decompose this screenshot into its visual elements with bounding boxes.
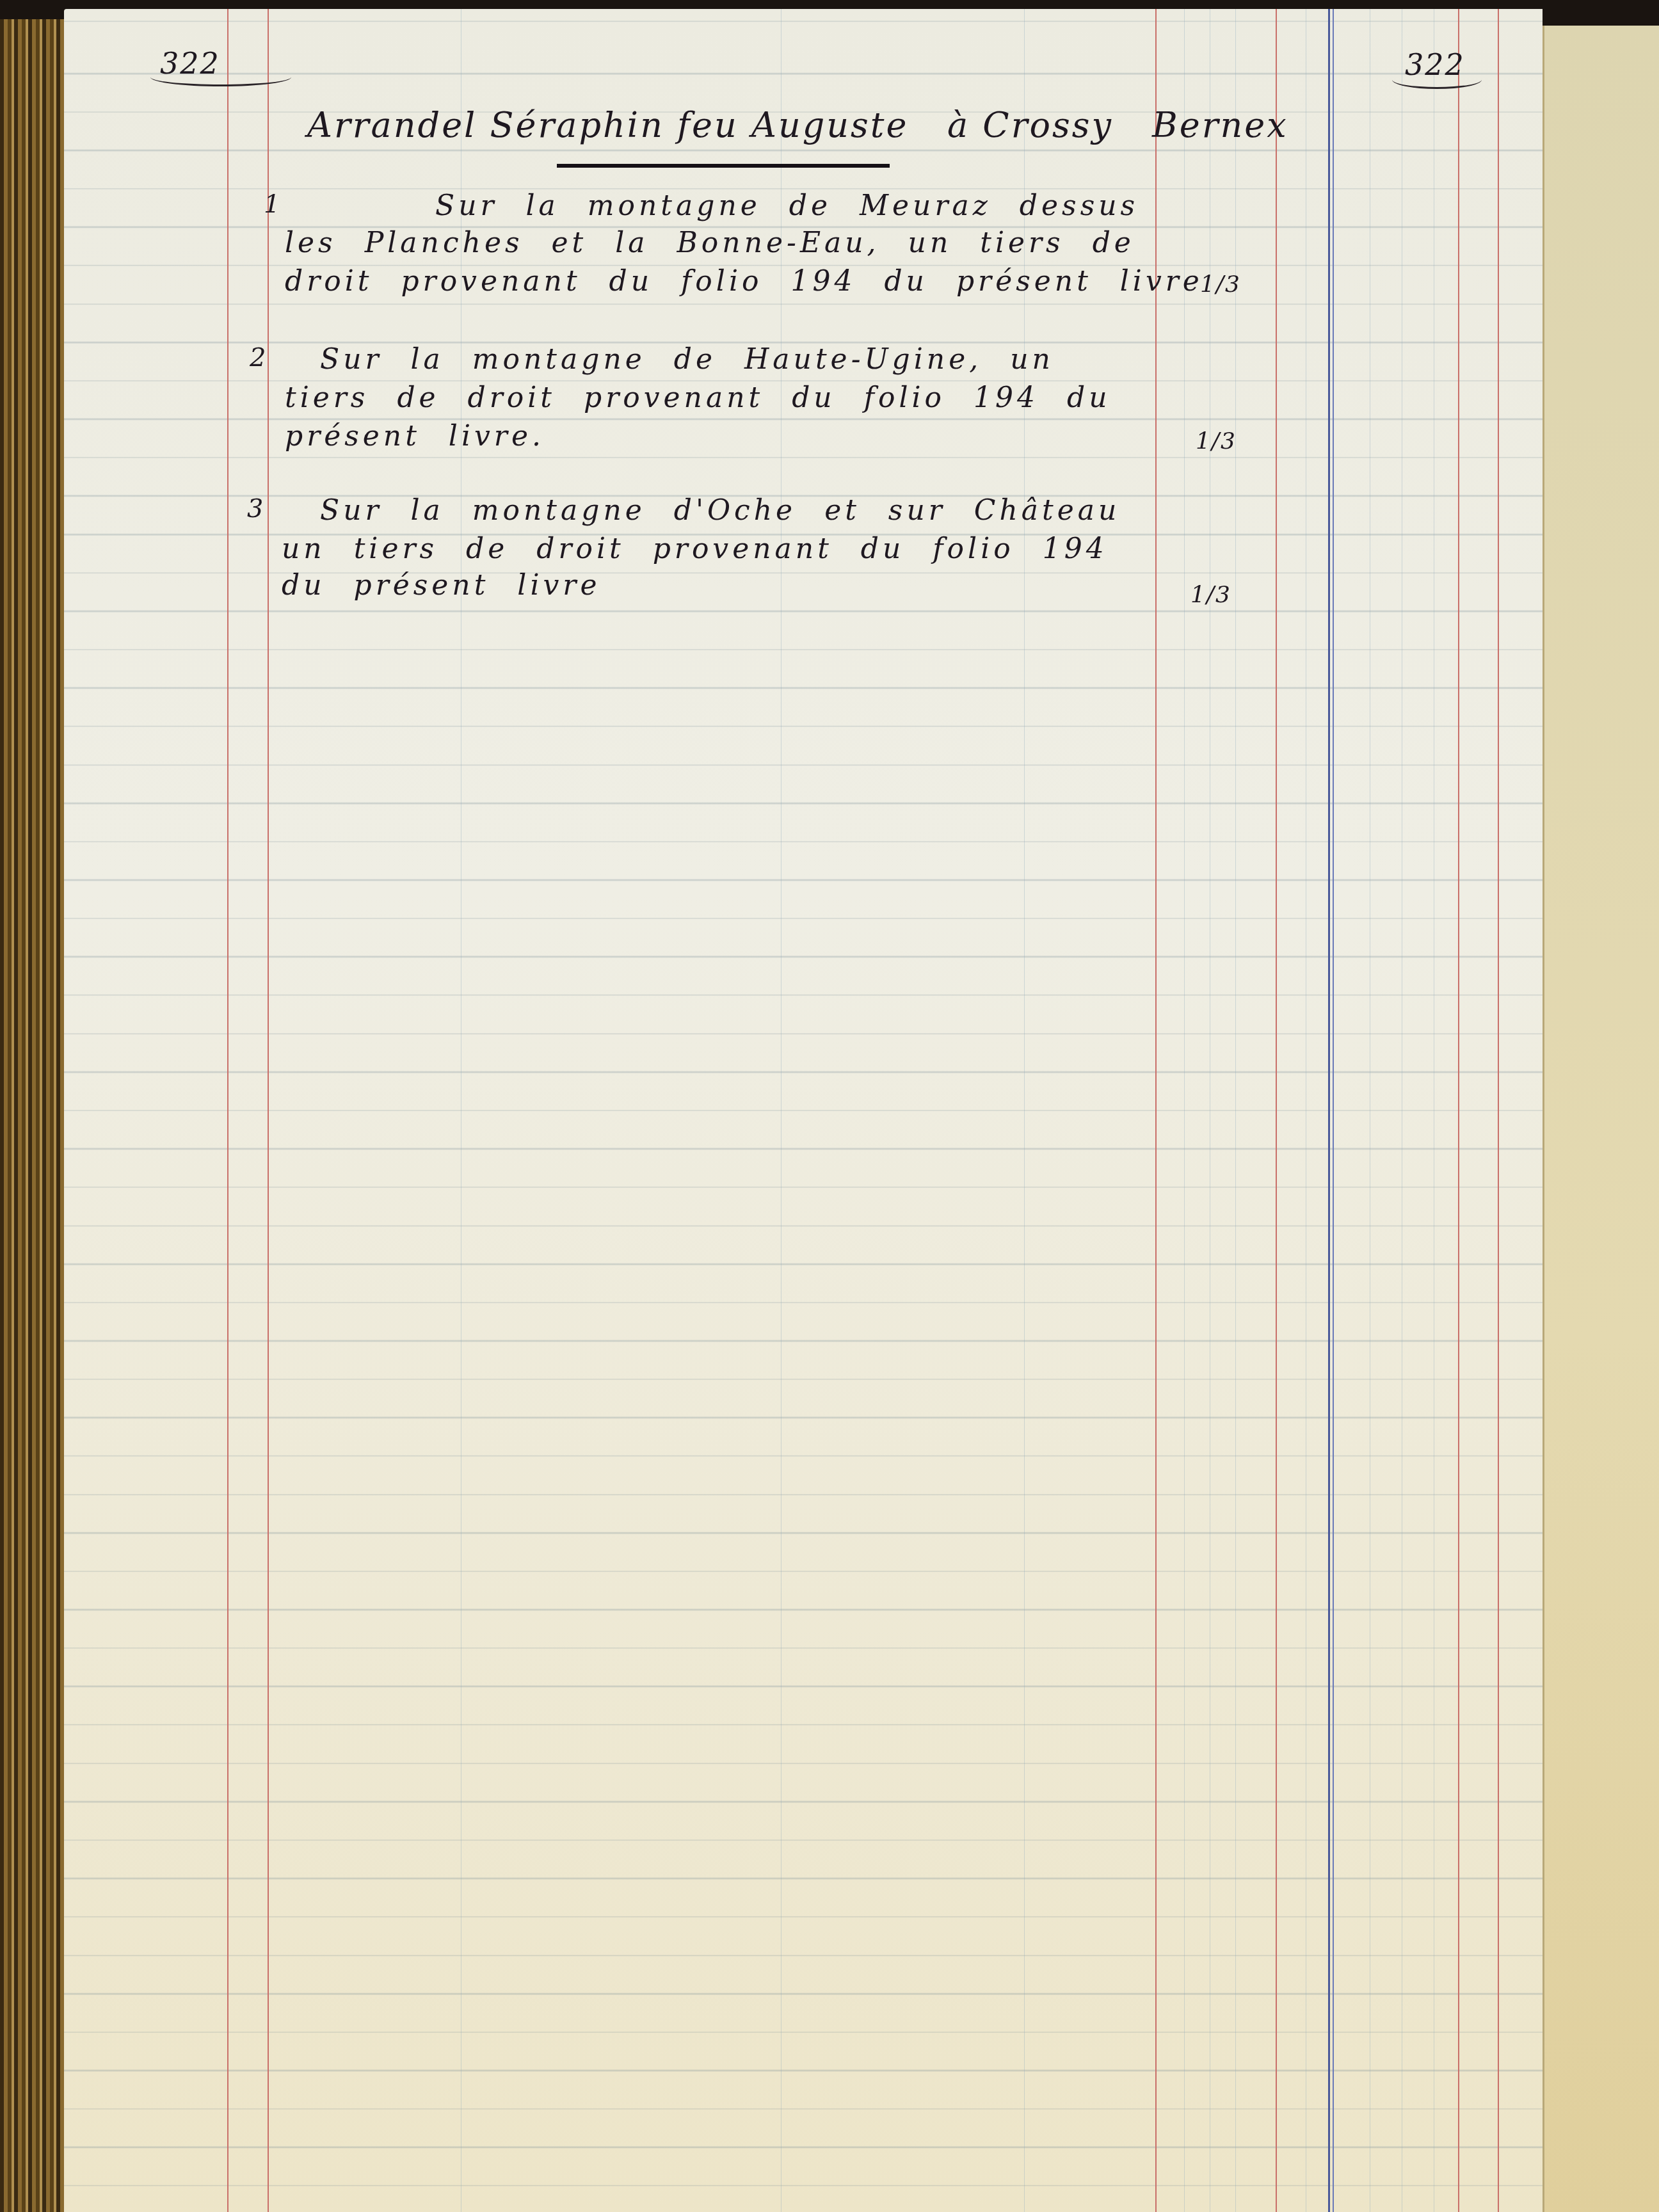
margin-rule-1	[227, 9, 228, 2212]
double-blue-rule-2	[1333, 9, 1334, 2212]
entry-line: Sur la montagne de Haute-Ugine, un	[320, 343, 1054, 376]
faint-rule	[1184, 9, 1185, 2212]
page-stack-edges	[0, 19, 66, 2212]
entry-line: du présent livre	[282, 569, 600, 602]
entry-line: Sur la montagne de Meuraz dessus	[435, 189, 1139, 222]
facing-page-edge	[1543, 26, 1659, 2212]
faint-rule	[1024, 9, 1025, 2212]
folio-underline-left	[150, 68, 291, 86]
horizontal-ruling	[64, 9, 1543, 2212]
owner-name: Arrandel Séraphin feu Auguste	[307, 105, 908, 145]
share-column-rule-right	[1276, 9, 1277, 2212]
title-underline	[557, 164, 890, 168]
entry-number: 1	[264, 189, 281, 219]
entry-line: Sur la montagne d'Oche et sur Château	[320, 494, 1120, 527]
margin-rule-2	[268, 9, 269, 2212]
faint-rule	[1434, 9, 1434, 2212]
faint-rule	[1306, 9, 1306, 2212]
faint-rule	[781, 9, 781, 2212]
ledger-book: 322 322 Arrandel Séraphin feu Auguste à …	[0, 0, 1659, 2212]
entry-number: 3	[247, 494, 264, 524]
share-fraction: 1/3	[1190, 582, 1231, 608]
entry-line: présent livre.	[285, 420, 545, 453]
faint-rule	[1210, 9, 1210, 2212]
entry-line: tiers de droit provenant du folio 194 du	[285, 381, 1111, 414]
ledger-page: 322 322 Arrandel Séraphin feu Auguste à …	[64, 9, 1543, 2212]
right-rule-2	[1498, 9, 1499, 2212]
share-fraction: 1/3	[1196, 428, 1237, 454]
faint-rule	[1235, 9, 1236, 2212]
folio-underline-right	[1392, 70, 1482, 89]
share-fraction: 1/3	[1200, 271, 1241, 298]
entry-line: droit provenant du folio 194 du présent …	[285, 265, 1203, 298]
faint-rule	[461, 9, 461, 2212]
faint-rule	[1370, 9, 1370, 2212]
double-blue-rule	[1328, 9, 1330, 2212]
faint-rule	[1402, 9, 1402, 2212]
entry-line: un tiers de droit provenant du folio 194	[282, 533, 1108, 565]
right-rule-1	[1458, 9, 1459, 2212]
commune-name: Bernex	[1152, 105, 1288, 145]
owner-location: à Crossy	[947, 105, 1113, 145]
entry-line: les Planches et la Bonne-Eau, un tiers d…	[285, 227, 1135, 259]
entry-number: 2	[250, 343, 267, 373]
share-column-rule-left	[1155, 9, 1157, 2212]
